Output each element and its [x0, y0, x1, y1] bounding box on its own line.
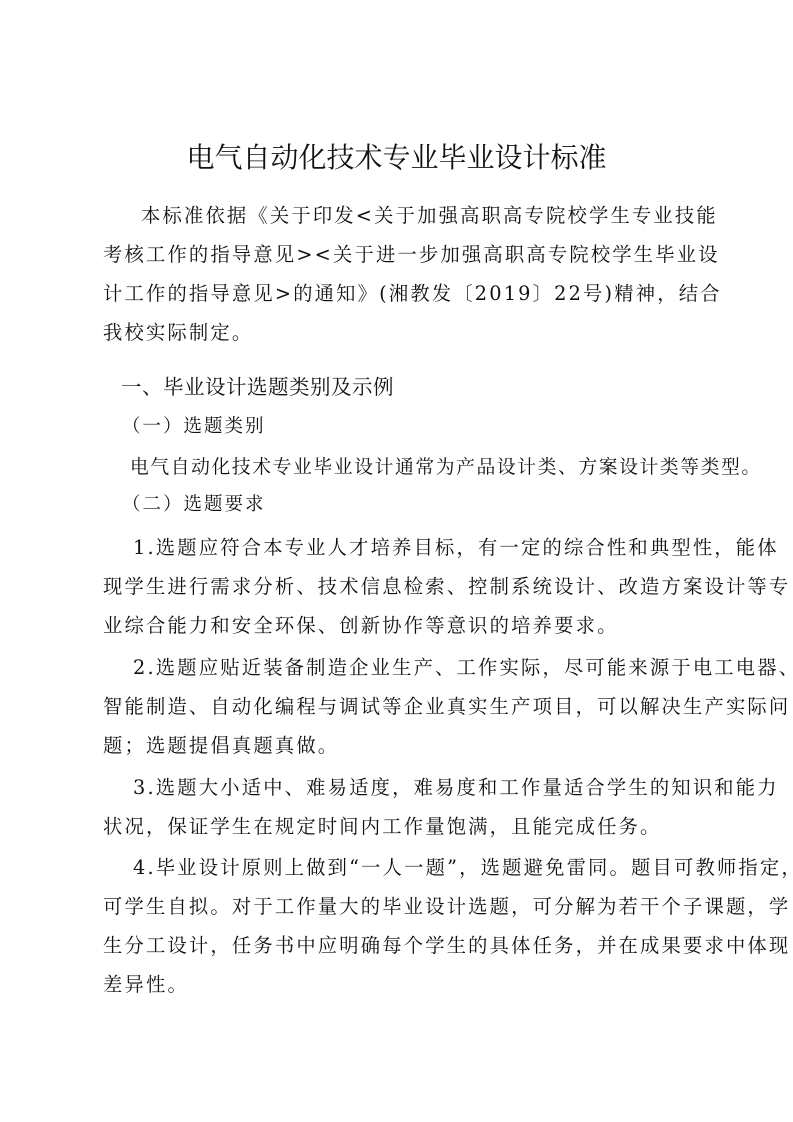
intro-line-1: 本标准依据《关于印发<关于加强高职高专院校学生专业技能: [103, 196, 709, 235]
requirement-item-4: 4.毕业设计原则上做到“一人一题”，选题避免雷同。题目可教师指定， 可学生自拟。…: [103, 848, 709, 1004]
document-title: 电气自动化技术专业毕业设计标准: [0, 140, 793, 176]
item-3-line-1: 3.选题大小适中、难易适度，难易度和工作量适合学生的知识和能力: [103, 768, 709, 807]
subsection-1-text: 电气自动化技术专业毕业设计通常为产品设计类、方案设计类等类型。: [130, 448, 720, 487]
section-heading-1: 一、毕业设计选题类别及示例: [121, 372, 394, 402]
document-page: 电气自动化技术专业毕业设计标准 本标准依据《关于印发<关于加强高职高专院校学生专…: [0, 0, 793, 1122]
item-2-line-1: 2.选题应贴近装备制造企业生产、工作实际，尽可能来源于电工电器、: [103, 648, 709, 687]
item-1-line-3: 业综合能力和安全环保、创新协作等意识的培养要求。: [103, 606, 709, 645]
item-3-line-2: 状况，保证学生在规定时间内工作量饱满，且能完成任务。: [103, 807, 709, 846]
item-1-line-2: 现学生进行需求分析、技术信息检索、控制系统设计、改造方案设计等专: [103, 567, 709, 606]
subsection-label-1: （一）选题类别: [122, 412, 266, 442]
item-2-line-3: 题；选题提倡真题真做。: [103, 726, 709, 765]
intro-line-2: 考核工作的指导意见><关于进一步加强高职高专院校学生毕业设: [103, 235, 709, 274]
subsection-label-2: （二）选题要求: [122, 490, 266, 520]
item-1-line-1: 1.选题应符合本专业人才培养目标，有一定的综合性和典型性，能体: [103, 528, 709, 567]
intro-line-3: 计工作的指导意见>的通知》(湘教发〔2019〕22号)精神，结合: [103, 274, 709, 313]
subsection-1-line: 电气自动化技术专业毕业设计通常为产品设计类、方案设计类等类型。: [130, 448, 720, 487]
requirement-item-2: 2.选题应贴近装备制造企业生产、工作实际，尽可能来源于电工电器、 智能制造、自动…: [103, 648, 709, 765]
requirement-item-3: 3.选题大小适中、难易适度，难易度和工作量适合学生的知识和能力 状况，保证学生在…: [103, 768, 709, 846]
item-4-line-4: 差异性。: [103, 965, 709, 1004]
intro-paragraph: 本标准依据《关于印发<关于加强高职高专院校学生专业技能 考核工作的指导意见><关…: [103, 196, 709, 352]
item-4-line-1: 4.毕业设计原则上做到“一人一题”，选题避免雷同。题目可教师指定，: [103, 848, 709, 887]
item-4-line-2: 可学生自拟。对于工作量大的毕业设计选题，可分解为若干个子课题，学: [103, 887, 709, 926]
requirement-item-1: 1.选题应符合本专业人才培养目标，有一定的综合性和典型性，能体 现学生进行需求分…: [103, 528, 709, 645]
item-4-line-3: 生分工设计，任务书中应明确每个学生的具体任务，并在成果要求中体现: [103, 926, 709, 965]
item-2-line-2: 智能制造、自动化编程与调试等企业真实生产项目，可以解决生产实际问: [103, 687, 709, 726]
intro-line-4: 我校实际制定。: [103, 313, 709, 352]
